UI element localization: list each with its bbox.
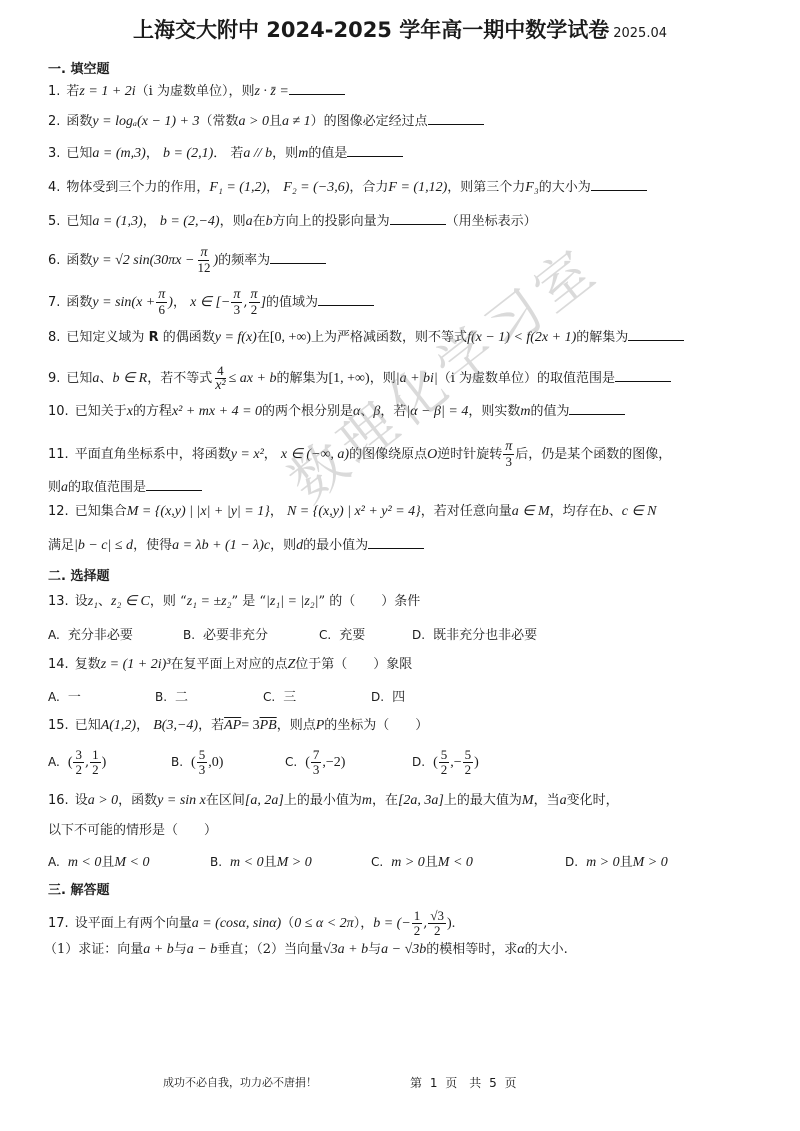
option-label: D. (412, 628, 425, 642)
option-label: B. (183, 628, 195, 642)
answer-blank[interactable] (289, 82, 345, 95)
q-text: 方向上的投影向量为 (273, 214, 390, 229)
q-text: 且 (620, 855, 633, 870)
option-a[interactable]: A.一 (48, 686, 81, 705)
answer-blank[interactable] (368, 536, 424, 549)
q-text: 、 (98, 594, 111, 609)
denominator: 2 (432, 924, 443, 938)
q-math: PB (260, 718, 277, 733)
q-text: ，函数 (118, 793, 157, 808)
fraction: π3 (503, 440, 514, 469)
q-math: [a, 2a] (245, 793, 284, 808)
q-text: ，合力 (349, 180, 388, 195)
q-text: （i 为虚数单位）的取值范围是 (438, 371, 615, 386)
q-math: α (517, 942, 524, 957)
option-b[interactable]: B.(53,0) (171, 748, 223, 777)
question-number: 14. (48, 657, 69, 672)
q-text: 的频率为 (218, 253, 270, 268)
q-text: 已知 (66, 371, 92, 386)
q-text: （i 为虚数单位），则 (136, 84, 255, 99)
q-text: （用坐标表示） (446, 214, 537, 229)
option-label: B. (210, 855, 222, 869)
q-math: m (362, 793, 372, 808)
option-d[interactable]: D.(52,−52) (412, 748, 479, 777)
q-text: 的大小. (525, 942, 568, 957)
q-text: 的模相等时，求 (426, 942, 517, 957)
option-text: 必要非充分 (203, 628, 268, 643)
q-math: A(1,2) (101, 718, 136, 733)
option-text: 二 (175, 690, 188, 705)
numerator: π (503, 440, 514, 455)
q-text: 设 (75, 594, 88, 609)
denominator: 2 (463, 763, 474, 777)
answer-blank[interactable] (390, 212, 446, 225)
fraction: 4x² (213, 364, 227, 393)
q-text: 、 (99, 371, 112, 386)
numerator: π (198, 246, 209, 261)
q-math: [2a, 3a] (398, 793, 444, 808)
q-math: F₁ = (1,2) (209, 180, 266, 195)
denominator: 6 (157, 303, 168, 317)
q-text: 的最小值为 (303, 538, 368, 553)
q-text: ，若 (380, 404, 406, 419)
q-math: ). (447, 916, 455, 931)
option-text: 三 (283, 690, 296, 705)
question-17: 17.设平面上有两个向量a = (cosα, sinα)（0 ≤ α < 2π）… (48, 909, 455, 938)
q-math: z · z̄ = (254, 84, 288, 99)
option-c[interactable]: C.充要 (319, 624, 365, 643)
option-label: D. (565, 855, 578, 869)
q-math: a > 0 (239, 114, 269, 129)
q-math: z₁ (88, 594, 98, 609)
section-answer: 三. 解答题 (48, 879, 109, 898)
question-13: 13.设z₁、z₂ ∈ C，则 “z₁ = ±z₂” 是 “|z₁| = |z₂… (48, 593, 420, 611)
q-text: 已知关于 (75, 404, 127, 419)
question-6: 6.函数y = √2 sin(30πx −π12)的频率为 (48, 246, 326, 275)
option-label: D. (412, 755, 425, 769)
q-text: ，则 (270, 538, 296, 553)
option-label: C. (371, 855, 383, 869)
q-text: ）的图像必定经过点 (311, 114, 428, 129)
answer-blank[interactable] (318, 293, 374, 306)
question-number: 17. (48, 916, 69, 931)
denominator: 2 (412, 924, 423, 938)
numerator: √3 (428, 909, 446, 924)
question-number: 9. (48, 371, 60, 386)
q-text: 在 (257, 330, 270, 345)
q-math: |b − c| ≤ d (74, 538, 133, 553)
q-text: 且 (269, 114, 282, 129)
question-14: 14.复数z = (1 + 2i)³在复平面上对应的点Z位于第（ ）象限 (48, 656, 412, 674)
q-text: 变化时， (567, 793, 619, 808)
fraction: π3 (231, 288, 242, 317)
question-16-line-2: 以下不可能的情形是（ ） (48, 822, 217, 840)
q-math: y = sin x (157, 793, 206, 808)
option-d[interactable]: D.既非充分也非必要 (412, 624, 537, 643)
question-8: 8.已知定义域为 R 的偶函数y = f(x)在[0, +∞)上为严格减函数，则… (48, 328, 684, 347)
question-number: 13. (48, 594, 69, 609)
q-math: y = √2 sin(30πx − (92, 253, 194, 268)
option-text: 既非充分也非必要 (433, 628, 537, 643)
numerator: π (156, 288, 167, 303)
q-text: 若 (230, 146, 243, 161)
q-math: y = logₐ(x − 1) + 3 (92, 114, 199, 129)
question-9: 9.已知a、b ∈ R，若不等式4x²≤ ax + b的解集为[1, +∞)，则… (48, 364, 671, 393)
fraction: 12 (90, 748, 101, 777)
fraction: 12 (412, 909, 423, 938)
numerator: 3 (73, 748, 84, 763)
q-math: b ∈ R (112, 371, 147, 386)
q-text: 函数 (66, 253, 92, 268)
q-text: 函数 (66, 295, 92, 310)
q-math: m < 0 (68, 855, 102, 870)
q-math: R (149, 330, 159, 345)
q-math: a − √3b (381, 942, 426, 957)
q-text: 后，仍是某个函数的图像， (515, 447, 671, 462)
q-text: （常数 (200, 114, 239, 129)
question-11-line-2: 则a的取值范围是 (48, 478, 202, 497)
numerator: π (249, 288, 260, 303)
question-5: 5.已知a = (1,3)， b = (2,−4)，则a在b方向上的投影向量为（… (48, 212, 537, 231)
q-text: 在 (253, 214, 266, 229)
q-text: 已知 (66, 146, 92, 161)
denominator: 3 (311, 763, 322, 777)
answer-blank[interactable] (270, 251, 326, 264)
q-text: 的值域为 (266, 295, 318, 310)
denominator: 2 (439, 763, 450, 777)
numerator: π (231, 288, 242, 303)
q-math: F₃ (525, 180, 538, 195)
q-math: y = sin(x + (92, 295, 155, 310)
q-math: m > 0 (586, 855, 620, 870)
q-text: 平面直角坐标系中，将函数 (75, 447, 231, 462)
q-text: 位于第（ ）象限 (295, 657, 412, 672)
denominator: 3 (504, 455, 515, 469)
option-d[interactable]: D.四 (371, 686, 405, 705)
q-math: F₂ = (−3,6) (283, 180, 349, 195)
q-math: z = (1 + 2i)³ (101, 657, 171, 672)
option-text: 一 (68, 690, 81, 705)
numerator: 4 (215, 364, 226, 379)
q-text: 且 (264, 855, 277, 870)
q-text: 上的最小值为 (284, 793, 362, 808)
q-math: M > 0 (277, 855, 312, 870)
question-number: 7. (48, 295, 60, 310)
q-math: z₂ ∈ C (111, 594, 150, 609)
q-text: ，均存在 (550, 504, 602, 519)
footer-page-number: 第 1 页 共 5 页 (410, 1074, 517, 1091)
q-text: （ (281, 916, 294, 931)
q-math: ) (168, 295, 173, 310)
answer-blank[interactable] (628, 328, 684, 341)
q-math: √3a + b (323, 942, 368, 957)
q-math: z₁ = ±z₂ (187, 594, 232, 609)
q-math: m < 0 (230, 855, 264, 870)
option-b[interactable]: B.二 (155, 686, 188, 705)
numerator: 1 (90, 748, 101, 763)
q-math: a = (1,3) (92, 214, 142, 229)
question-12-line-2: 满足|b − c| ≤ d，使得a = λb + (1 − λ)c，则d的最小值… (48, 536, 424, 555)
q-text: ，在 (372, 793, 398, 808)
fraction: 52 (439, 748, 450, 777)
q-text: ，则 “ (150, 594, 187, 609)
fraction: 53 (197, 748, 208, 777)
question-number: 4. (48, 180, 60, 195)
numerator: 1 (412, 909, 423, 924)
question-10: 10.已知关于x的方程x² + mx + 4 = 0的两个根分别是α、β，若|α… (48, 402, 625, 421)
option-value: −2 (326, 755, 341, 770)
q-math: m (520, 404, 530, 419)
option-text: 四 (392, 690, 405, 705)
q-math: B(3,−4) (153, 718, 198, 733)
q-text: ，若不等式 (147, 371, 212, 386)
q-text: 的两个根分别是 (262, 404, 353, 419)
denominator: 2 (90, 763, 101, 777)
q-text: 且 (425, 855, 438, 870)
q-text: 与 (368, 942, 381, 957)
q-text: 函数 (66, 114, 92, 129)
option-c[interactable]: C.(73,−2) (285, 748, 345, 777)
question-15: 15.已知A(1,2)， B(3,−4)，若AP= 3PB，则点P的坐标为（ ） (48, 717, 428, 735)
q-text: 物体受到三个力的作用， (66, 180, 209, 195)
option-c[interactable]: C.三 (263, 686, 296, 705)
q-math: AP (224, 718, 241, 733)
question-1: 1.若z = 1 + 2i（i 为虚数单位），则z · z̄ = (48, 82, 345, 101)
numerator: 5 (197, 748, 208, 763)
q-math: |α − β| = 4 (406, 404, 468, 419)
q-math: O (427, 447, 437, 462)
q-math: M > 0 (633, 855, 668, 870)
q-text: ，则 (370, 371, 396, 386)
q-text: ，则第三个力 (447, 180, 525, 195)
option-b[interactable]: B.m < 0且M > 0 (210, 851, 312, 871)
exam-title: 上海交大附中 2024-2025 学年高一期中数学试卷2025.04 (0, 14, 800, 44)
q-math: ≤ ax + b (229, 371, 277, 386)
q-math: a = λb + (1 − λ)c (172, 538, 270, 553)
q-math: a = (cosα, sinα) (192, 916, 281, 931)
q-text: ，若 (198, 718, 224, 733)
option-label: A. (48, 755, 60, 769)
option-label: B. (155, 690, 167, 704)
exam-date: 2025.04 (613, 26, 667, 41)
question-number: 12. (48, 504, 69, 519)
fraction: 32 (73, 748, 84, 777)
q-text: 垂直；（2）当向量 (217, 942, 323, 957)
question-2: 2.函数y = logₐ(x − 1) + 3（常数a > 0且a ≠ 1）的图… (48, 112, 484, 131)
denominator: 3 (232, 303, 243, 317)
q-math: F = (1,12) (388, 180, 447, 195)
option-label: B. (171, 755, 183, 769)
option-label: C. (263, 690, 275, 704)
answer-blank[interactable] (146, 478, 202, 491)
numerator: 5 (463, 748, 474, 763)
q-text: ，若对任意向量 (421, 504, 512, 519)
q-text: 已知 (75, 718, 101, 733)
denominator: 2 (249, 303, 260, 317)
q-text: 的偶函数 (163, 330, 215, 345)
q-text: 且 (101, 855, 114, 870)
option-value: 0 (212, 755, 219, 770)
option-b[interactable]: B.必要非充分 (183, 624, 268, 643)
option-label: C. (319, 628, 331, 642)
q-text: 满足 (48, 538, 74, 553)
q-math: a (61, 480, 68, 495)
q-text: ，则点 (277, 718, 316, 733)
q-text: ，使得 (133, 538, 172, 553)
option-label: A. (48, 690, 60, 704)
q-math: a = (m,3) (92, 146, 145, 161)
q-math: a (560, 793, 567, 808)
answer-blank[interactable] (347, 144, 403, 157)
q-math: x ∈ (−∞, a) (281, 447, 349, 462)
option-d[interactable]: D.m > 0且M > 0 (565, 851, 668, 871)
option-a[interactable]: A.m < 0且M < 0 (48, 851, 150, 871)
q-math: M < 0 (438, 855, 473, 870)
question-7: 7.函数y = sin(x +π6)， x ∈ [−π3,π2]的值域为 (48, 288, 374, 317)
q-text: 与 (174, 942, 187, 957)
q-text: 的取值范围是 (68, 480, 146, 495)
fraction: 73 (311, 748, 322, 777)
question-number: 6. (48, 253, 60, 268)
q-math: z = 1 + 2i (79, 84, 135, 99)
q-text: ” 的（ ）条件 (319, 594, 421, 609)
q-math: a > 0 (88, 793, 118, 808)
question-11: 11.平面直角坐标系中，将函数y = x²， x ∈ (−∞, a)的图像绕原点… (48, 440, 671, 469)
question-number: 5. (48, 214, 60, 229)
answer-blank[interactable] (569, 402, 625, 415)
q-text: ）， (354, 916, 374, 931)
q-text: 上的最大值为 (444, 793, 522, 808)
fraction: √32 (428, 909, 446, 938)
denominator: 2 (73, 763, 84, 777)
question-17-line-2: （1）求证：向量a + b与a − b垂直；（2）当向量√3a + b与a − … (44, 941, 568, 959)
q-text: 复数 (75, 657, 101, 672)
q-text: 的值是 (308, 146, 347, 161)
question-number: 8. (48, 330, 60, 345)
option-a[interactable]: A.(32,12) (48, 748, 106, 777)
q-math: M = {(x,y) | |x| + |y| = 1} (127, 504, 270, 519)
q-text: 则 (48, 480, 61, 495)
fraction: π2 (249, 288, 260, 317)
option-text: 充要 (339, 628, 365, 643)
numerator: 7 (311, 748, 322, 763)
q-math: [1, +∞) (329, 371, 370, 386)
q-text: 已知定义域为 (66, 330, 144, 345)
q-math: b (602, 504, 609, 519)
q-text: ” 是 “ (231, 594, 266, 609)
q-math: [0, +∞) (270, 330, 311, 345)
q-math: y = x² (231, 447, 264, 462)
q-text: ，则 (272, 146, 298, 161)
denominator: 12 (195, 261, 212, 275)
q-text: 已知 (66, 214, 92, 229)
section-fill-in: 一. 填空题 (48, 58, 109, 77)
q-math: |z₁| = |z₂| (266, 594, 318, 609)
q-math: a + b (143, 942, 173, 957)
q-text: 上为严格减函数，则不等式 (311, 330, 467, 345)
option-a[interactable]: A.充分非必要 (48, 624, 133, 643)
answer-blank[interactable] (615, 369, 671, 382)
q-math: M < 0 (114, 855, 149, 870)
q-math: = 3 (241, 718, 259, 733)
question-4: 4.物体受到三个力的作用，F₁ = (1,2)， F₂ = (−3,6)，合力F… (48, 178, 647, 197)
q-text: ，则实数 (468, 404, 520, 419)
q-text: 设平面上有两个向量 (75, 916, 192, 931)
question-number: 15. (48, 718, 69, 733)
q-math: N = {(x,y) | x² + y² = 4} (287, 504, 421, 519)
q-math: P (316, 718, 325, 733)
option-label: A. (48, 628, 60, 642)
fraction: 52 (463, 748, 474, 777)
question-3: 3.已知a = (m,3)， b = (2,1)． 若a // b，则m的值是 (48, 144, 403, 163)
answer-blank[interactable] (428, 112, 484, 125)
denominator: 3 (197, 763, 208, 777)
q-text: 的大小为 (539, 180, 591, 195)
q-math: a − b (187, 942, 217, 957)
question-number: 1. (48, 84, 60, 99)
q-math: a ∈ M (512, 504, 550, 519)
q-math: b = (− (373, 916, 411, 931)
q-math: x ∈ [− (190, 295, 230, 310)
q-text: 设 (75, 793, 88, 808)
option-c[interactable]: C.m > 0且M < 0 (371, 851, 473, 871)
denominator: x² (213, 379, 227, 393)
q-math: y = f(x) (215, 330, 257, 345)
q-math: m > 0 (391, 855, 425, 870)
q-text: 逆时针旋转 (437, 447, 502, 462)
q-math: b = (2,1) (163, 146, 213, 161)
q-math: f(x − 1) < f(2x + 1) (467, 330, 576, 345)
option-text: 充分非必要 (68, 628, 133, 643)
question-16: 16.设a > 0，函数y = sin x在区间[a, 2a]上的最小值为m，在… (48, 792, 619, 810)
q-math: a ≠ 1 (282, 114, 311, 129)
q-text: 在区间 (206, 793, 245, 808)
question-number: 3. (48, 146, 60, 161)
q-text: 若 (66, 84, 79, 99)
q-math: m (298, 146, 308, 161)
q-math: M (522, 793, 534, 808)
q-text: （1）求证：向量 (44, 942, 143, 957)
numerator: 5 (439, 748, 450, 763)
option-label: C. (285, 755, 297, 769)
q-text: 、 (609, 504, 622, 519)
q-text: 的解集为 (576, 330, 628, 345)
question-number: 11. (48, 447, 69, 462)
q-math: 0 ≤ α < 2π (294, 916, 354, 931)
exam-title-text: 上海交大附中 2024-2025 学年高一期中数学试卷 (133, 18, 609, 42)
q-math: x² + mx + 4 = 0 (172, 404, 262, 419)
q-math: a // b (243, 146, 272, 161)
question-number: 2. (48, 114, 60, 129)
footer-motto: 成功不必自我，功力必不唐捐！ (163, 1074, 317, 1090)
q-math: c ∈ N (622, 504, 657, 519)
fraction: π12 (195, 246, 212, 275)
q-text: 已知集合 (75, 504, 127, 519)
question-12: 12.已知集合M = {(x,y) | |x| + |y| = 1}， N = … (48, 503, 656, 521)
q-text: 的图像绕原点 (349, 447, 427, 462)
section-multiple-choice: 二. 选择题 (48, 565, 109, 584)
option-label: D. (371, 690, 384, 704)
q-text: 的解集为 (276, 371, 328, 386)
q-math: |a + bi| (396, 371, 438, 386)
answer-blank[interactable] (591, 178, 647, 191)
q-text: ，则 (220, 214, 246, 229)
question-number: 10. (48, 404, 69, 419)
q-text: 在复平面上对应的点 (170, 657, 287, 672)
q-text: 的值为 (530, 404, 569, 419)
q-text: 的坐标为（ ） (324, 718, 428, 733)
q-text: 的方程 (133, 404, 172, 419)
